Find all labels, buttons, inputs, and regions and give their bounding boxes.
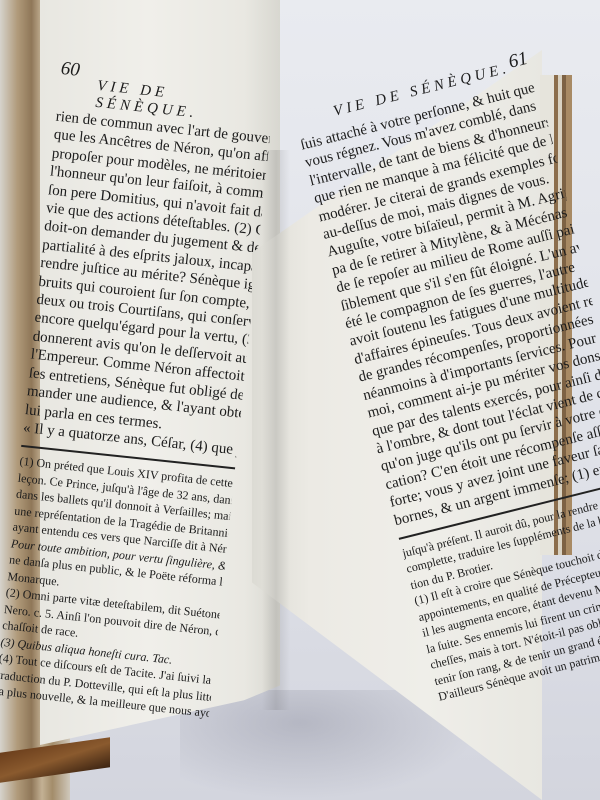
- page-number: 60: [60, 58, 81, 81]
- left-footnotes: (1) On préted que Louis XIV profita de c…: [0, 453, 234, 722]
- left-body: rien de commun avec l'art de gouverner q…: [22, 108, 270, 460]
- page-number: 61: [506, 48, 530, 74]
- gutter-shadow: [262, 150, 290, 710]
